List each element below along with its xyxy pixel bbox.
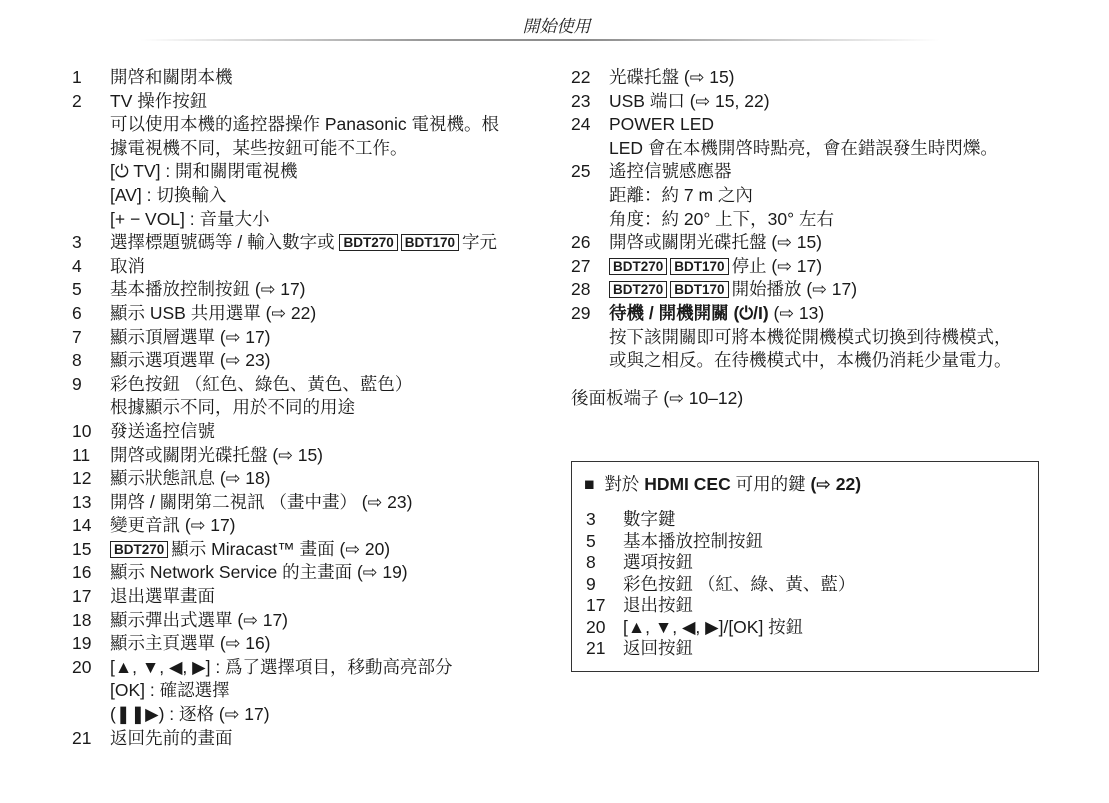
item-number: 25 [571, 160, 607, 184]
list-item: 1開啓和關閉本機 [72, 66, 542, 90]
item-number: 27 [571, 255, 607, 279]
item-number: 29 [571, 302, 607, 326]
list-item: 4取消 [72, 255, 542, 279]
cec-title-pre: 對於 [604, 474, 644, 494]
item-number: 5 [586, 531, 622, 553]
item-number: 5 [72, 278, 108, 302]
list-item: 6顯示 USB 共用選單 (⇨ 22) [72, 302, 542, 326]
list-item: 11開啓或關閉光碟托盤 (⇨ 15) [72, 444, 542, 468]
item-number: 16 [72, 561, 108, 585]
item-text: 顯示選項選單 (⇨ 23) [110, 349, 271, 373]
item-text: 遙控信號感應器 [609, 160, 732, 184]
item-text: 退出按鈕 [623, 595, 693, 617]
right-column: 22光碟托盤 (⇨ 15) 23USB 端口 (⇨ 15, 22) 24POWE… [571, 66, 1051, 410]
item-text: 根據顯示不同，用於不同的用途 [110, 396, 355, 420]
model-badge-bdt270: BDT270 [110, 541, 168, 558]
item-number: 9 [72, 373, 108, 397]
item-text: 停止 (⇨ 17) [732, 256, 823, 276]
item-number: 21 [72, 727, 108, 751]
item-text-group: BDT270BDT170開始播放 (⇨ 17) [609, 278, 857, 302]
list-item: 21返回先前的畫面 [72, 727, 542, 751]
list-item: 23USB 端口 (⇨ 15, 22) [571, 90, 1051, 114]
item-text: [▲, ▼, ◀, ▶] : 爲了選擇項目，移動高亮部分 [110, 656, 453, 680]
item-number: 1 [72, 66, 108, 90]
list-item: 或與之相反。在待機模式中，本機仍消耗少量電力。 [571, 349, 1051, 373]
list-item: 15BDT270顯示 Miracast™ 畫面 (⇨ 20) [72, 538, 542, 562]
list-item: 5基本播放控制按鈕 (⇨ 17) [72, 278, 542, 302]
model-badge-bdt170: BDT170 [670, 258, 728, 275]
model-badge-bdt170: BDT170 [401, 234, 459, 251]
list-item: 13開啓 / 關閉第二視訊 （畫中畫） (⇨ 23) [72, 491, 542, 515]
item-text: 顯示彈出式選單 (⇨ 17) [110, 609, 288, 633]
item-text: 彩色按鈕 （紅、綠、黃、藍） [623, 574, 855, 596]
item-number: 20 [586, 617, 622, 639]
item-text: 顯示頂層選單 (⇨ 17) [110, 326, 271, 350]
item-text: 可以使用本機的遙控器操作 Panasonic 電視機。根 [110, 113, 499, 137]
item-text-group: 待機 / 開機開關 (⏻/I) (⇨ 13) [609, 302, 824, 326]
item-number: 6 [72, 302, 108, 326]
item-number: 19 [72, 632, 108, 656]
list-item: 29待機 / 開機開關 (⏻/I) (⇨ 13) [571, 302, 1051, 326]
item-text: LED 會在本機開啓時點亮，會在錯誤發生時閃爍。 [609, 137, 998, 161]
list-item: 角度：約 20° 上下，30° 左右 [571, 208, 1051, 232]
rear-panel-note: 後面板端子 (⇨ 10–12) [571, 387, 1051, 411]
spacer [571, 373, 1051, 387]
rear-panel-text: 後面板端子 (⇨ 10–12) [571, 387, 743, 411]
item-number: 14 [72, 514, 108, 538]
list-item: 14變更音訊 (⇨ 17) [72, 514, 542, 538]
item-number: 8 [72, 349, 108, 373]
item-text: 距離：約 7 m 之內 [609, 184, 753, 208]
list-item: 17退出選單畫面 [72, 585, 542, 609]
item-number: 8 [586, 552, 622, 574]
square-bullet-icon: ■ [584, 474, 595, 494]
list-item: 26開啓或關閉光碟托盤 (⇨ 15) [571, 231, 1051, 255]
item-number: 10 [72, 420, 108, 444]
item-text: 開啓和關閉本機 [110, 66, 233, 90]
item-text: 基本播放控制按鈕 [623, 531, 763, 553]
item-text: 光碟托盤 (⇨ 15) [609, 66, 735, 90]
item-text: 顯示狀態訊息 (⇨ 18) [110, 467, 271, 491]
item-number: 12 [72, 467, 108, 491]
item-number: 7 [72, 326, 108, 350]
list-item: 12顯示狀態訊息 (⇨ 18) [72, 467, 542, 491]
list-item: 22光碟托盤 (⇨ 15) [571, 66, 1051, 90]
item-text: 返回按鈕 [623, 638, 693, 660]
item-text: 退出選單畫面 [110, 585, 215, 609]
item-text: 顯示 Network Service 的主畫面 (⇨ 19) [110, 561, 408, 585]
item-number: 9 [586, 574, 622, 596]
item-number: 26 [571, 231, 607, 255]
item-text: [AV] : 切換輸入 [110, 184, 226, 208]
item-text: 選擇標題號碼等 / 輸入數字或 [110, 232, 339, 252]
item-text: 數字鍵 [623, 509, 676, 531]
item-text: [+ − VOL] : 音量大小 [110, 208, 270, 232]
list-item: 20[▲, ▼, ◀, ▶] : 爲了選擇項目，移動高亮部分 [72, 656, 542, 680]
item-text: 返回先前的畫面 [110, 727, 233, 751]
list-item: 18顯示彈出式選單 (⇨ 17) [72, 609, 542, 633]
list-item: 16顯示 Network Service 的主畫面 (⇨ 19) [72, 561, 542, 585]
item-text: 開啓或關閉光碟托盤 (⇨ 15) [110, 444, 323, 468]
list-item: 7顯示頂層選單 (⇨ 17) [72, 326, 542, 350]
item-text: POWER LED [609, 113, 714, 137]
item-text: 發送遙控信號 [110, 420, 215, 444]
list-item: 19顯示主頁選單 (⇨ 16) [72, 632, 542, 656]
list-item: 3選擇標題號碼等 / 輸入數字或 BDT270BDT170字元 [72, 231, 542, 255]
list-item: LED 會在本機開啓時點亮，會在錯誤發生時閃爍。 [571, 137, 1051, 161]
item-number: 13 [72, 491, 108, 515]
item-text: 顯示 USB 共用選單 (⇨ 22) [110, 302, 316, 326]
item-text: 顯示 Miracast™ 畫面 (⇨ 20) [171, 539, 390, 559]
item-number: 24 [571, 113, 607, 137]
item-text: 選項按鈕 [623, 552, 693, 574]
item-text: 或與之相反。在待機模式中，本機仍消耗少量電力。 [609, 349, 1012, 373]
hdmi-cec-box: ■ 對於 HDMI CEC 可用的鍵 (⇨ 22) 3數字鍵 5基本播放控制按鈕… [571, 461, 1039, 672]
header-divider [140, 39, 940, 41]
list-item: [OK] : 確認選擇 [72, 679, 542, 703]
list-item: 27BDT270BDT170停止 (⇨ 17) [571, 255, 1051, 279]
list-item: 8顯示選項選單 (⇨ 23) [72, 349, 542, 373]
item-text-group: 選擇標題號碼等 / 輸入數字或 BDT270BDT170字元 [110, 231, 497, 255]
item-text: (⇨ 13) [769, 303, 825, 323]
item-number: 22 [571, 66, 607, 90]
item-text: (❚❚▶) : 逐格 (⇨ 17) [110, 703, 270, 727]
item-number: 20 [72, 656, 108, 680]
item-number: 2 [72, 90, 108, 114]
cec-title-mid: 可用的鍵 [731, 474, 811, 494]
list-item: [+ − VOL] : 音量大小 [72, 208, 542, 232]
item-text: 變更音訊 (⇨ 17) [110, 514, 236, 538]
item-text: 彩色按鈕 （紅色、綠色、黃色、藍色） [110, 373, 412, 397]
item-number: 3 [72, 231, 108, 255]
list-item: (❚❚▶) : 逐格 (⇨ 17) [72, 703, 542, 727]
item-text: 基本播放控制按鈕 (⇨ 17) [110, 278, 306, 302]
item-number: 4 [72, 255, 108, 279]
item-number: 28 [571, 278, 607, 302]
item-number: 21 [586, 638, 622, 660]
item-text: [▲, ▼, ◀, ▶]/[OK] 按鈕 [623, 617, 803, 639]
list-item: 可以使用本機的遙控器操作 Panasonic 電視機。根 [72, 113, 542, 137]
list-item: [AV] : 切換輸入 [72, 184, 542, 208]
item-text: 角度：約 20° 上下，30° 左右 [609, 208, 834, 232]
left-column: 1開啓和關閉本機 2TV 操作按鈕 可以使用本機的遙控器操作 Panasonic… [72, 66, 542, 750]
list-item: 25遙控信號感應器 [571, 160, 1051, 184]
cec-box-title: ■ 對於 HDMI CEC 可用的鍵 (⇨ 22) [584, 472, 861, 496]
page-header-title: 開始使用 [0, 12, 1109, 37]
item-text: 字元 [462, 232, 497, 252]
item-number: 18 [72, 609, 108, 633]
list-item: 根據顯示不同，用於不同的用途 [72, 396, 542, 420]
item-text: 開啓或關閉光碟托盤 (⇨ 15) [609, 231, 822, 255]
list-item: 24POWER LED [571, 113, 1051, 137]
item-text: 開啓 / 關閉第二視訊 （畫中畫） (⇨ 23) [110, 491, 412, 515]
item-text-group: BDT270BDT170停止 (⇨ 17) [609, 255, 822, 279]
header-title-text: 開始使用 [523, 17, 591, 36]
item-number: 3 [586, 509, 622, 531]
item-text-group: BDT270顯示 Miracast™ 畫面 (⇨ 20) [110, 538, 390, 562]
list-item: 9彩色按鈕 （紅色、綠色、黃色、藍色） [72, 373, 542, 397]
list-item: [⏻ TV] : 開和關閉電視機 [72, 160, 542, 184]
list-item: 距離：約 7 m 之內 [571, 184, 1051, 208]
model-badge-bdt270: BDT270 [609, 281, 667, 298]
item-number: 11 [72, 444, 108, 468]
item-number: 17 [586, 595, 622, 617]
item-number: 17 [72, 585, 108, 609]
item-number: 15 [72, 538, 108, 562]
list-item: 28BDT270BDT170開始播放 (⇨ 17) [571, 278, 1051, 302]
item-text: [⏻ TV] : 開和關閉電視機 [110, 160, 298, 184]
cec-title-ref: (⇨ 22) [810, 474, 861, 494]
list-item: 據電視機不同，某些按鈕可能不工作。 [72, 137, 542, 161]
cec-title-bold: HDMI CEC [644, 474, 731, 494]
item-text: [OK] : 確認選擇 [110, 679, 230, 703]
item-number: 23 [571, 90, 607, 114]
list-item: 按下該開關即可將本機從開機模式切換到待機模式， [571, 326, 1051, 350]
item-text: 據電視機不同，某些按鈕可能不工作。 [110, 137, 408, 161]
item-text-bold: 待機 / 開機開關 (⏻/I) [609, 303, 769, 323]
list-item: 10發送遙控信號 [72, 420, 542, 444]
item-text: USB 端口 (⇨ 15, 22) [609, 90, 770, 114]
item-text: 按下該開關即可將本機從開機模式切換到待機模式， [609, 326, 1012, 350]
item-text: 取消 [110, 255, 145, 279]
model-badge-bdt170: BDT170 [670, 281, 728, 298]
model-badge-bdt270: BDT270 [339, 234, 397, 251]
model-badge-bdt270: BDT270 [609, 258, 667, 275]
item-text: 顯示主頁選單 (⇨ 16) [110, 632, 271, 656]
list-item: 2TV 操作按鈕 [72, 90, 542, 114]
item-text: 開始播放 (⇨ 17) [732, 279, 858, 299]
item-text: TV 操作按鈕 [110, 90, 207, 114]
